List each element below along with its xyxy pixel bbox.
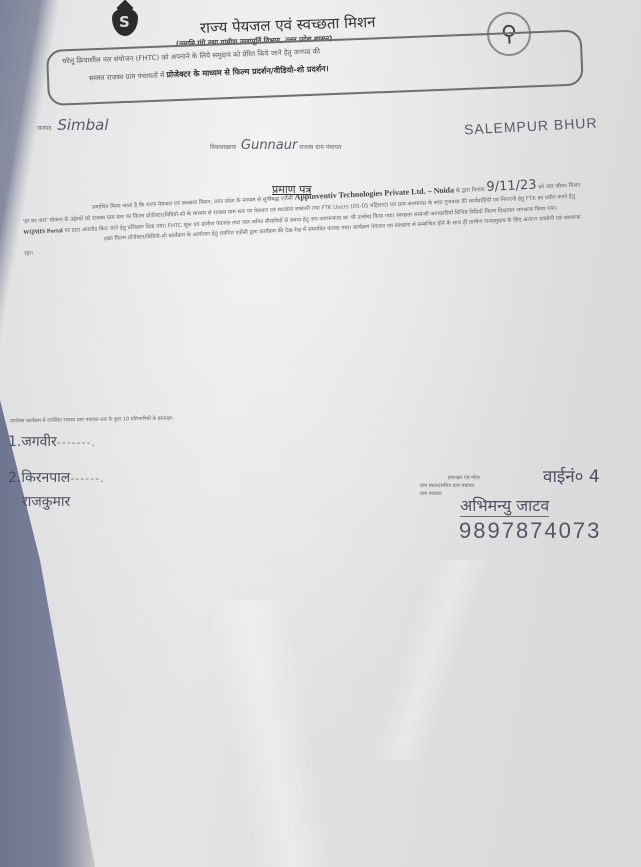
member-index: 2. (8, 470, 21, 486)
panchayat-label: राजस्व ग्राम पंचायत (299, 144, 341, 151)
block-label: विकासखण्ड (210, 144, 236, 151)
signature-line: -------. (57, 436, 96, 449)
banner-line2: समस्त राजस्व ग्राम पंचायतों में प्रोजेक्… (89, 63, 329, 83)
banner-line2-bold: प्रोजेक्टर के माध्यम से फिल्म प्रदर्शन/व… (166, 64, 329, 79)
signature-line: ------. (70, 472, 104, 485)
block-value: Gunnaur (241, 138, 297, 153)
member-name: जगवीर (21, 434, 56, 450)
district-label: जनपद (37, 125, 51, 132)
signatory-phone: 9897874073 (459, 518, 601, 544)
banner-line1: घरेलू क्रियाशील नल संयोजन (FHTC) को अपना… (62, 48, 320, 67)
block-field: विकासखण्ड Gunnaur राजस्व ग्राम पंचायत (210, 138, 341, 153)
signatory-name: अभिमन्यु जाटव (460, 494, 549, 517)
member-3: राजकुमार (22, 492, 70, 511)
banner-line2-prefix: समस्त राजस्व ग्राम पंचायतों में (89, 72, 165, 83)
signatory-label1: हस्ताक्षर एवं मोहर (448, 474, 480, 482)
member-name: राजकुमार (22, 494, 70, 510)
member-index: 1. (8, 434, 21, 450)
signatory-label2: ग्राम प्रधान/सचिव ग्राम पंचायत (420, 482, 480, 490)
member-2: 2.किरनपाल------. (8, 468, 105, 487)
member-name: किरनपाल (21, 470, 70, 486)
district-field: जनपद Simbal (37, 116, 109, 134)
ward-sign: वाईनं० 4 (543, 464, 600, 487)
event-date: 9/11/23 (486, 178, 537, 195)
member-1: 1.जगवीर-------. (8, 432, 96, 451)
portal-name: WQMIS Portal (23, 228, 63, 236)
water-drop-logo-icon (108, 8, 142, 48)
district-value: Simbal (57, 116, 108, 134)
para1-mid: के द्वारा दिनांक (456, 187, 485, 194)
